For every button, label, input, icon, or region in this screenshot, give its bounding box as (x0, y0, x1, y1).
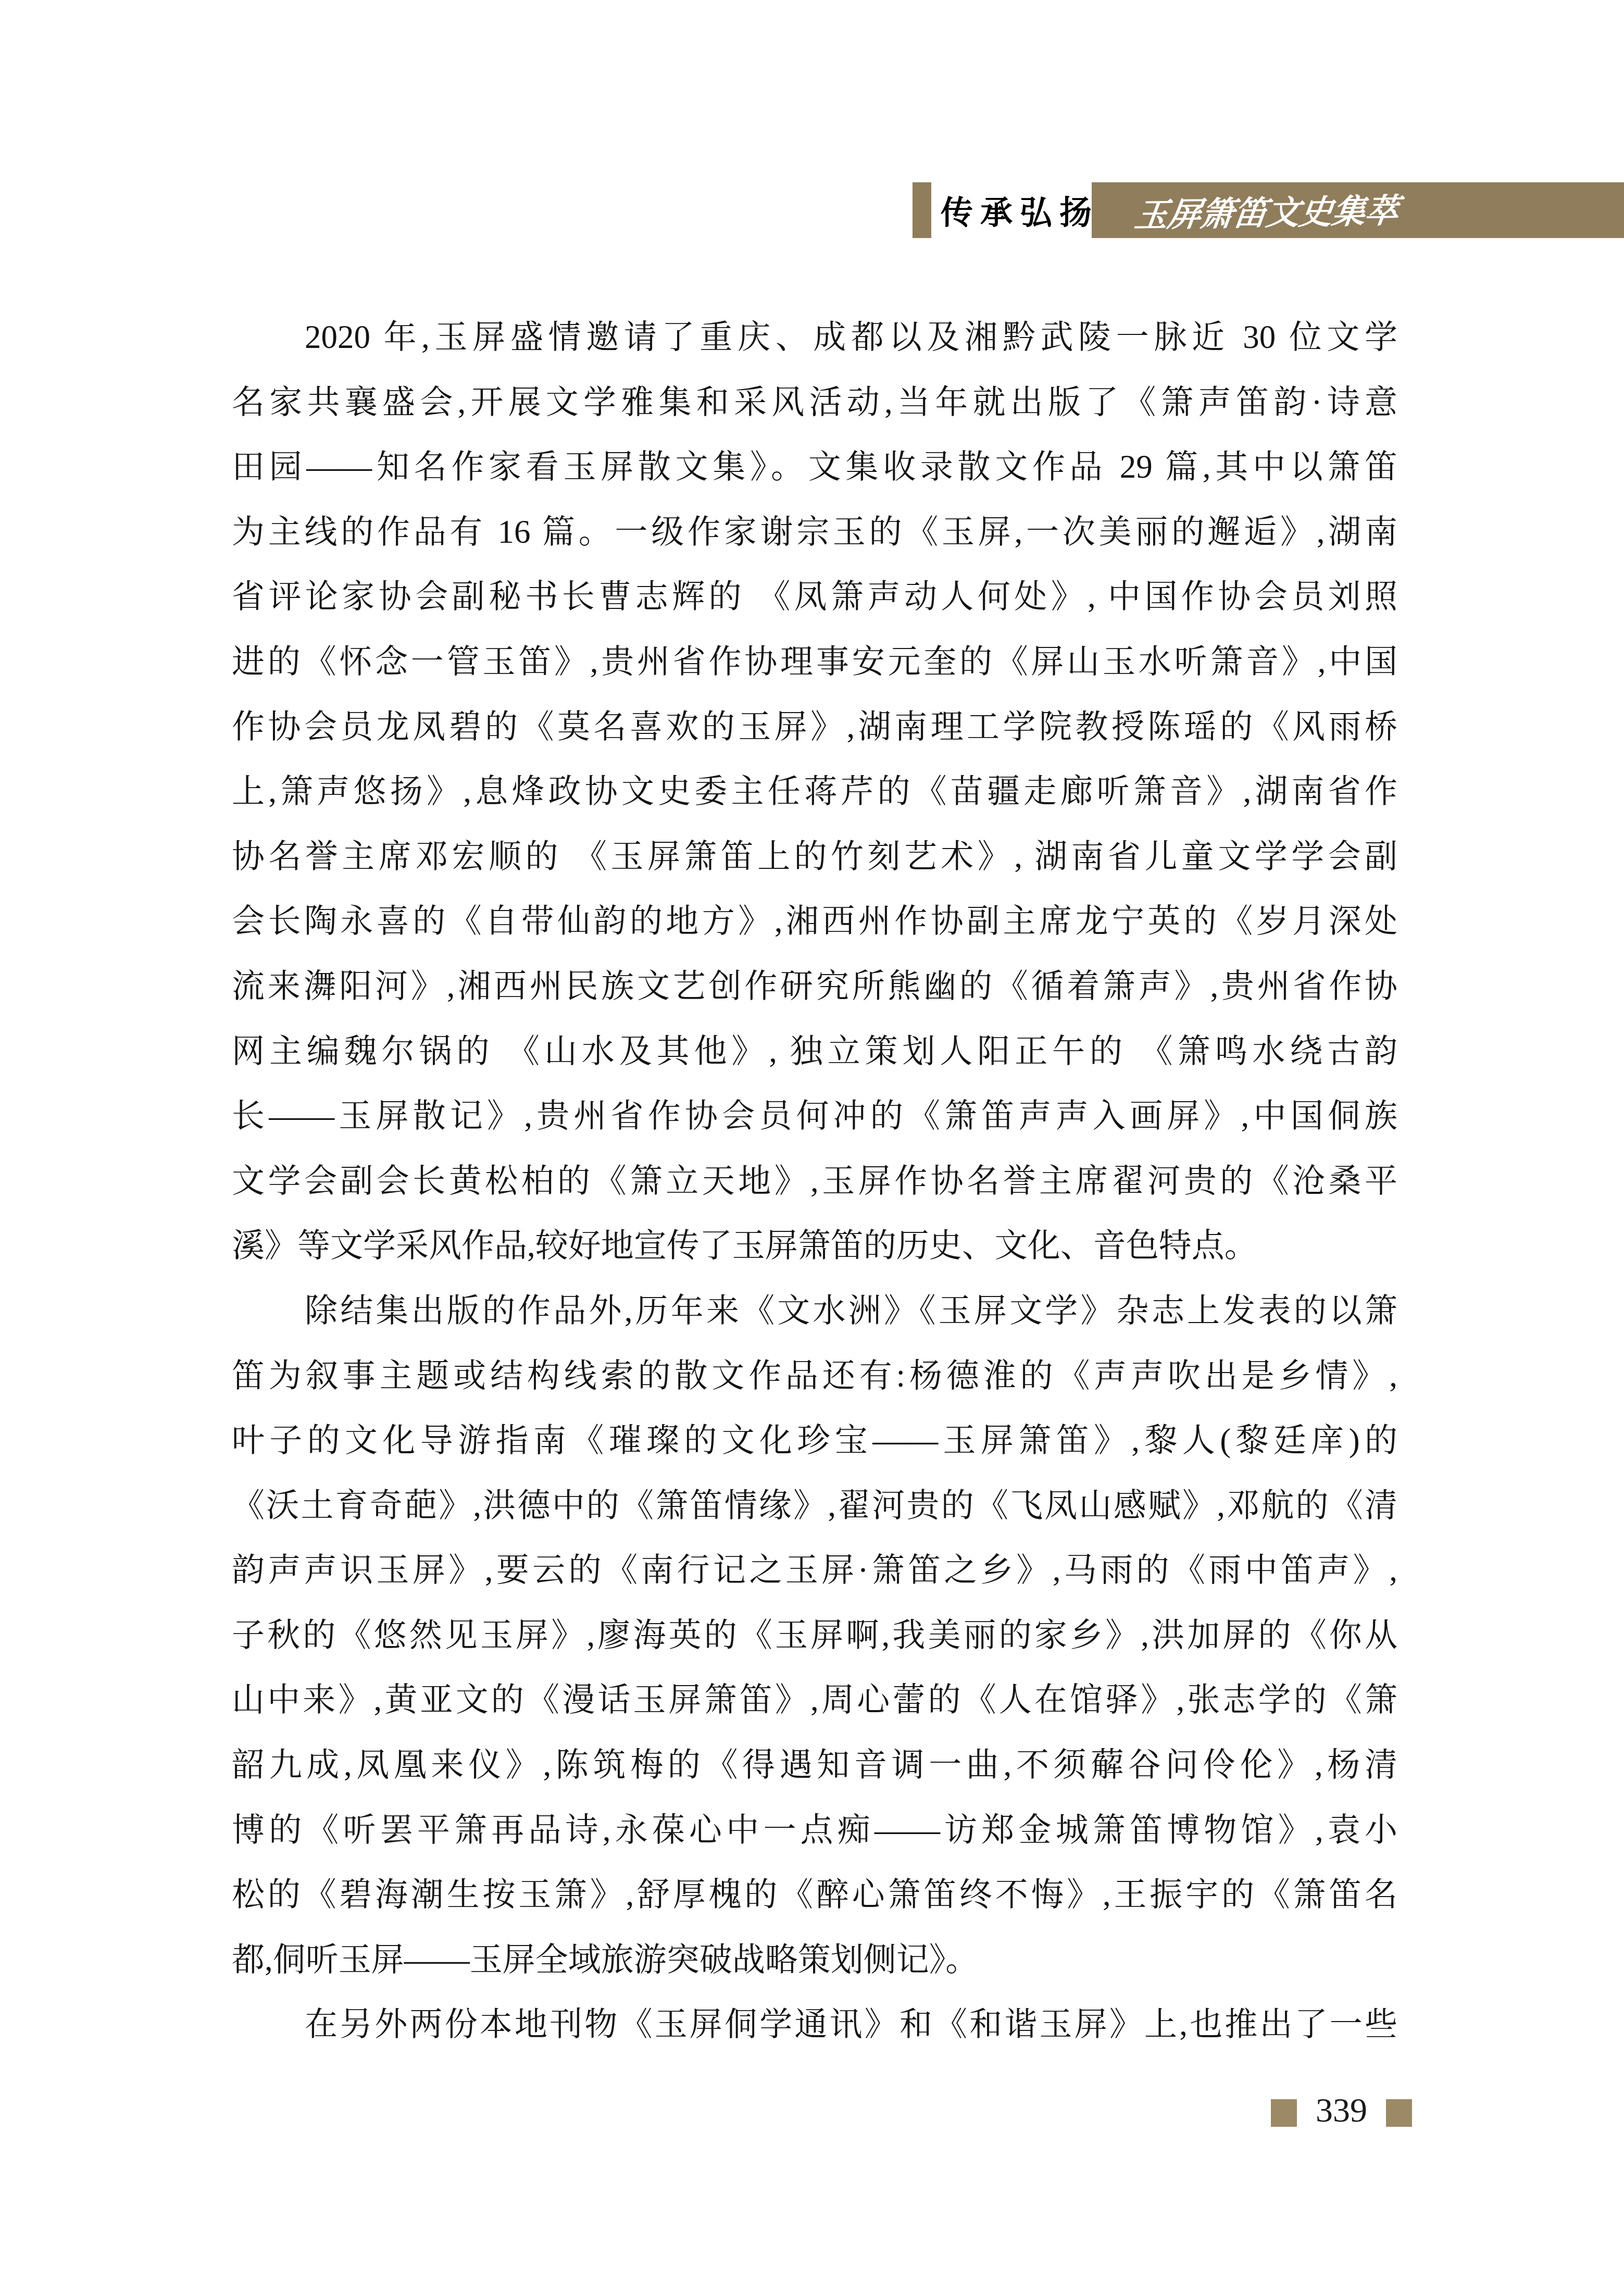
header-banner: 玉屏箫笛文史集萃 (1092, 182, 1624, 238)
text-line: 溪》等文学采风作品,较好地宣传了玉屏箫笛的历史、文化、音色特点。 (232, 1213, 1397, 1278)
text-line: 叶子的文化导游指南《璀璨的文化珍宝——玉屏箫笛》,黎人(黎廷庠)的 (232, 1408, 1397, 1473)
text-line: 流来㵲阳河》,湘西州民族文艺创作研究所熊幽的《循着箫声》,贵州省作协 (232, 954, 1397, 1019)
text-line: 笛为叙事主题或结构线索的散文作品还有:杨德淮的《声声吹出是乡情》, (232, 1343, 1397, 1408)
text-line: 进的《怀念一管玉笛》,贵州省作协理事安元奎的《屏山玉水听箫音》,中国 (232, 629, 1397, 694)
text-line: 韵声声识玉屏》,要云的《南行记之玉屏·箫笛之乡》,马雨的《雨中笛声》, (232, 1538, 1397, 1603)
text-line: 除结集出版的作品外,历年来《文水洲》《玉屏文学》杂志上发表的以箫 (232, 1278, 1397, 1343)
text-line: 网主编魏尔锅的 《山水及其他》, 独立策划人阳正午的 《箫鸣水绕古韵 (232, 1019, 1397, 1084)
text-line: 松的《碧海潮生按玉箫》,舒厚槐的《醉心箫笛终不悔》,王振宇的《箫笛名 (232, 1862, 1397, 1927)
header-section-title: 传承弘扬 (941, 182, 1099, 238)
header-accent-bar (913, 182, 931, 238)
page-number: 339 (1297, 2091, 1386, 2130)
text-line: 文学会副会长黄松柏的《箫立天地》,玉屏作协名誉主席翟河贵的《沧桑平 (232, 1149, 1397, 1214)
text-line: 田园——知名作家看玉屏散文集》。文集收录散文作品 29 篇,其中以箫笛 (232, 434, 1397, 500)
text-line: 韶九成,凤凰来仪》,陈筑梅的《得遇知音调一曲,不须薢谷问伶伦》,杨清 (232, 1732, 1397, 1798)
book-page: 传承弘扬 玉屏箫笛文史集萃 2020 年,玉屏盛情邀请了重庆、成都以及湘黔武陵一… (0, 0, 1624, 2269)
text-line: 长——玉屏散记》,贵州省作协会员何冲的《箫笛声声入画屏》,中国侗族 (232, 1083, 1397, 1149)
text-line: 都,侗听玉屏——玉屏全域旅游突破战略策划侧记》。 (232, 1927, 1397, 1992)
text-line: 山中来》,黄亚文的《漫话玉屏箫笛》,周心蕾的《人在馆驿》,张志学的《箫 (232, 1667, 1397, 1732)
text-line: 省评论家协会副秘书长曹志辉的 《凤箫声动人何处》, 中国作协会员刘照 (232, 564, 1397, 629)
page-number-square-right (1386, 2099, 1412, 2127)
body-text: 2020 年,玉屏盛情邀请了重庆、成都以及湘黔武陵一脉近 30 位文学名家共襄盛… (232, 305, 1397, 2057)
text-line: 2020 年,玉屏盛情邀请了重庆、成都以及湘黔武陵一脉近 30 位文学 (232, 305, 1397, 370)
text-line: 博的《听罢平箫再品诗,永葆心中一点痴——访郑金城箫笛博物馆》,袁小 (232, 1798, 1397, 1863)
text-line: 子秋的《悠然见玉屏》,廖海英的《玉屏啊,我美丽的家乡》,洪加屏的《你从 (232, 1603, 1397, 1668)
text-line: 协名誉主席邓宏顺的 《玉屏箫笛上的竹刻艺术》, 湖南省儿童文学学会副 (232, 824, 1397, 889)
text-line: 名家共襄盛会,开展文学雅集和采风活动,当年就出版了《箫声笛韵·诗意 (232, 370, 1397, 435)
text-line: 会长陶永喜的《自带仙韵的地方》,湘西州作协副主席龙宁英的《岁月深处 (232, 889, 1397, 954)
text-line: 为主线的作品有 16 篇。一级作家谢宗玉的《玉屏,一次美丽的邂逅》,湖南 (232, 500, 1397, 565)
text-line: 《沃土育奇葩》,洪德中的《箫笛情缘》,翟河贵的《飞凤山感赋》,邓航的《清 (232, 1473, 1397, 1538)
text-line: 在另外两份本地刊物《玉屏侗学通讯》和《和谐玉屏》上,也推出了一些 (232, 1992, 1397, 2057)
page-number-square-left (1271, 2099, 1297, 2127)
text-line: 上,箫声悠扬》,息烽政协文史委主任蒋芹的《苗疆走廊听箫音》,湖南省作 (232, 759, 1397, 824)
banner-calligraphy-title: 玉屏箫笛文史集萃 (1132, 184, 1401, 237)
text-line: 作协会员龙凤碧的《莫名喜欢的玉屏》,湖南理工学院教授陈瑶的《风雨桥 (232, 694, 1397, 759)
